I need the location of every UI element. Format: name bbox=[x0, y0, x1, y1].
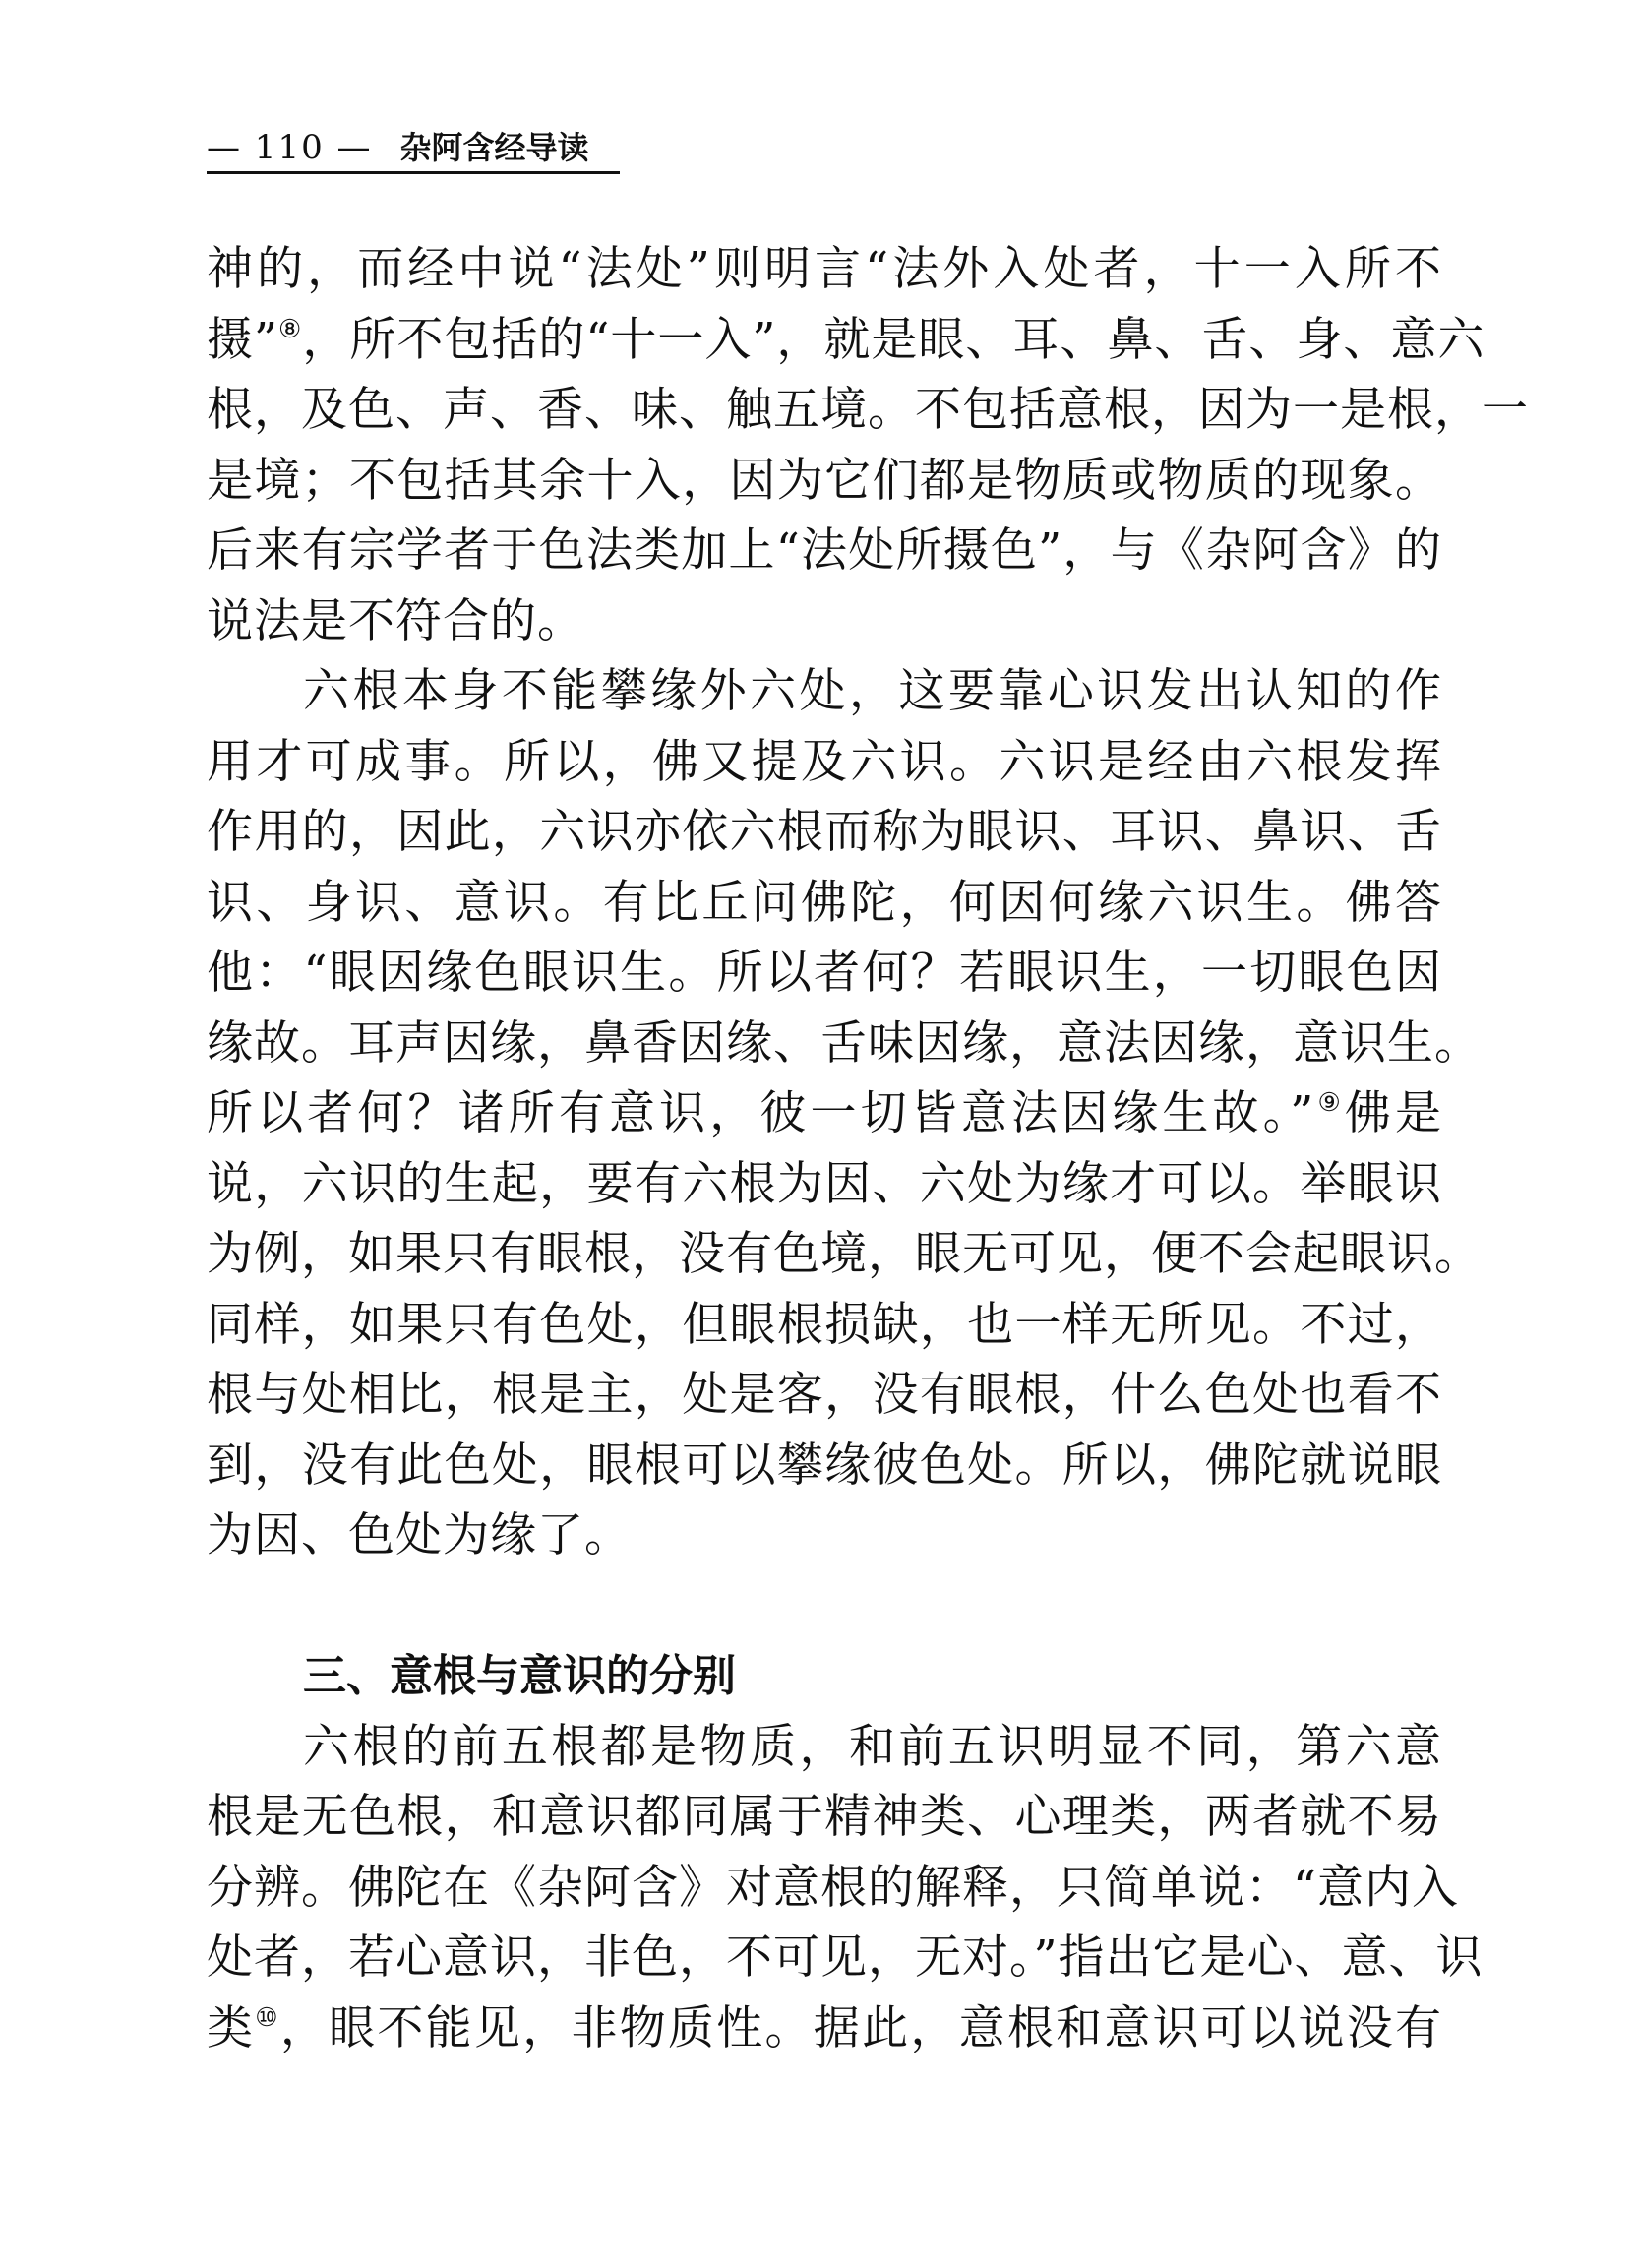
page-number: — 110 — bbox=[207, 128, 373, 167]
line-fragment: ，所不包括的“十一入”，就是眼、耳、鼻、舌、身、意六 bbox=[302, 313, 1485, 367]
text-line: 摄”⑧，所不包括的“十一入”，就是眼、耳、鼻、舌、身、意六 bbox=[207, 305, 1442, 376]
text-line: 类⑩，眼不能见，非物质性。据此，意根和意识可以说没有 bbox=[207, 1993, 1442, 2064]
paragraph-start-line: 六根本身不能攀缘外六处，这要靠心识发出认知的作 bbox=[207, 656, 1442, 727]
line-fragment: 佛是 bbox=[1345, 1086, 1442, 1140]
text-line: 根是无色根，和意识都同属于精神类、心理类，两者就不易 bbox=[207, 1782, 1442, 1853]
text-line: 作用的，因此，六识亦依六根而称为眼识、耳识、鼻识、舌 bbox=[207, 797, 1442, 868]
text-line: 所以者何？诸所有意识，彼一切皆意法因缘生故。”⑨佛是 bbox=[207, 1078, 1442, 1149]
line-fragment: 摄” bbox=[207, 313, 278, 367]
text-line: 用才可成事。所以，佛又提及六识。六识是经由六根发挥 bbox=[207, 727, 1442, 798]
running-header: — 110 —杂阿含经导读 bbox=[207, 126, 620, 174]
text-line: 到，没有此色处，眼根可以攀缘彼色处。所以，佛陀就说眼 bbox=[207, 1431, 1442, 1502]
text-line: 说，六识的生起，要有六根为因、六处为缘才可以。举眼识 bbox=[207, 1149, 1442, 1220]
text-line: 根与处相比，根是主，处是客，没有眼根，什么色处也看不 bbox=[207, 1360, 1442, 1431]
paragraph-start-line: 六根的前五根都是物质，和前五识明显不同，第六意 bbox=[207, 1712, 1442, 1783]
line-fragment: 类 bbox=[207, 2001, 255, 2055]
text-line: 分辨。佛陀在《杂阿含》对意根的解释，只简单说：“意内入 bbox=[207, 1853, 1442, 1924]
book-page: — 110 —杂阿含经导读 神的，而经中说“法处”则明言“法外入处者，十一入所不… bbox=[0, 0, 1637, 2268]
text-line: 识、身识、意识。有比丘问佛陀，何因何缘六识生。佛答 bbox=[207, 868, 1442, 939]
text-line: 同样，如果只有色处，但眼根损缺，也一样无所见。不过， bbox=[207, 1290, 1442, 1361]
text-line: 是境；不包括其余十入，因为它们都是物质或物质的现象。 bbox=[207, 446, 1442, 517]
body-text: 神的，而经中说“法处”则明言“法外入处者，十一入所不 摄”⑧，所不包括的“十一入… bbox=[207, 234, 1442, 2063]
text-line: 他：“眼因缘色眼识生。所以者何？若眼识生，一切眼色因 bbox=[207, 938, 1442, 1009]
text-line: 后来有宗学者于色法类加上“法处所摄色”，与《杂阿含》的 bbox=[207, 516, 1442, 586]
text-line: 为因、色处为缘了。 bbox=[207, 1501, 1442, 1571]
footnote-marker: ⑧ bbox=[278, 315, 302, 344]
text-line: 为例，如果只有眼根，没有色境，眼无可见，便不会起眼识。 bbox=[207, 1219, 1442, 1290]
section-heading: 三、意根与意识的分别 bbox=[207, 1641, 1442, 1712]
section-gap bbox=[207, 1571, 1442, 1642]
line-fragment: 所以者何？诸所有意识，彼一切皆意法因缘生故。” bbox=[207, 1086, 1314, 1140]
text-line: 说法是不符合的。 bbox=[207, 586, 1442, 657]
text-line: 处者，若心意识，非色，不可见，无对。”指出它是心、意、识 bbox=[207, 1923, 1442, 1993]
footnote-marker: ⑩ bbox=[255, 2003, 280, 2033]
book-title: 杂阿含经导读 bbox=[400, 129, 589, 166]
text-line: 神的，而经中说“法处”则明言“法外入处者，十一入所不 bbox=[207, 234, 1442, 305]
text-line: 缘故。耳声因缘，鼻香因缘、舌味因缘，意法因缘，意识生。 bbox=[207, 1009, 1442, 1079]
line-fragment: ，眼不能见，非物质性。据此，意根和意识可以说没有 bbox=[280, 2001, 1442, 2055]
footnote-marker: ⑨ bbox=[1314, 1088, 1345, 1118]
text-line: 根，及色、声、香、味、触五境。不包括意根，因为一是根，一 bbox=[207, 375, 1442, 446]
